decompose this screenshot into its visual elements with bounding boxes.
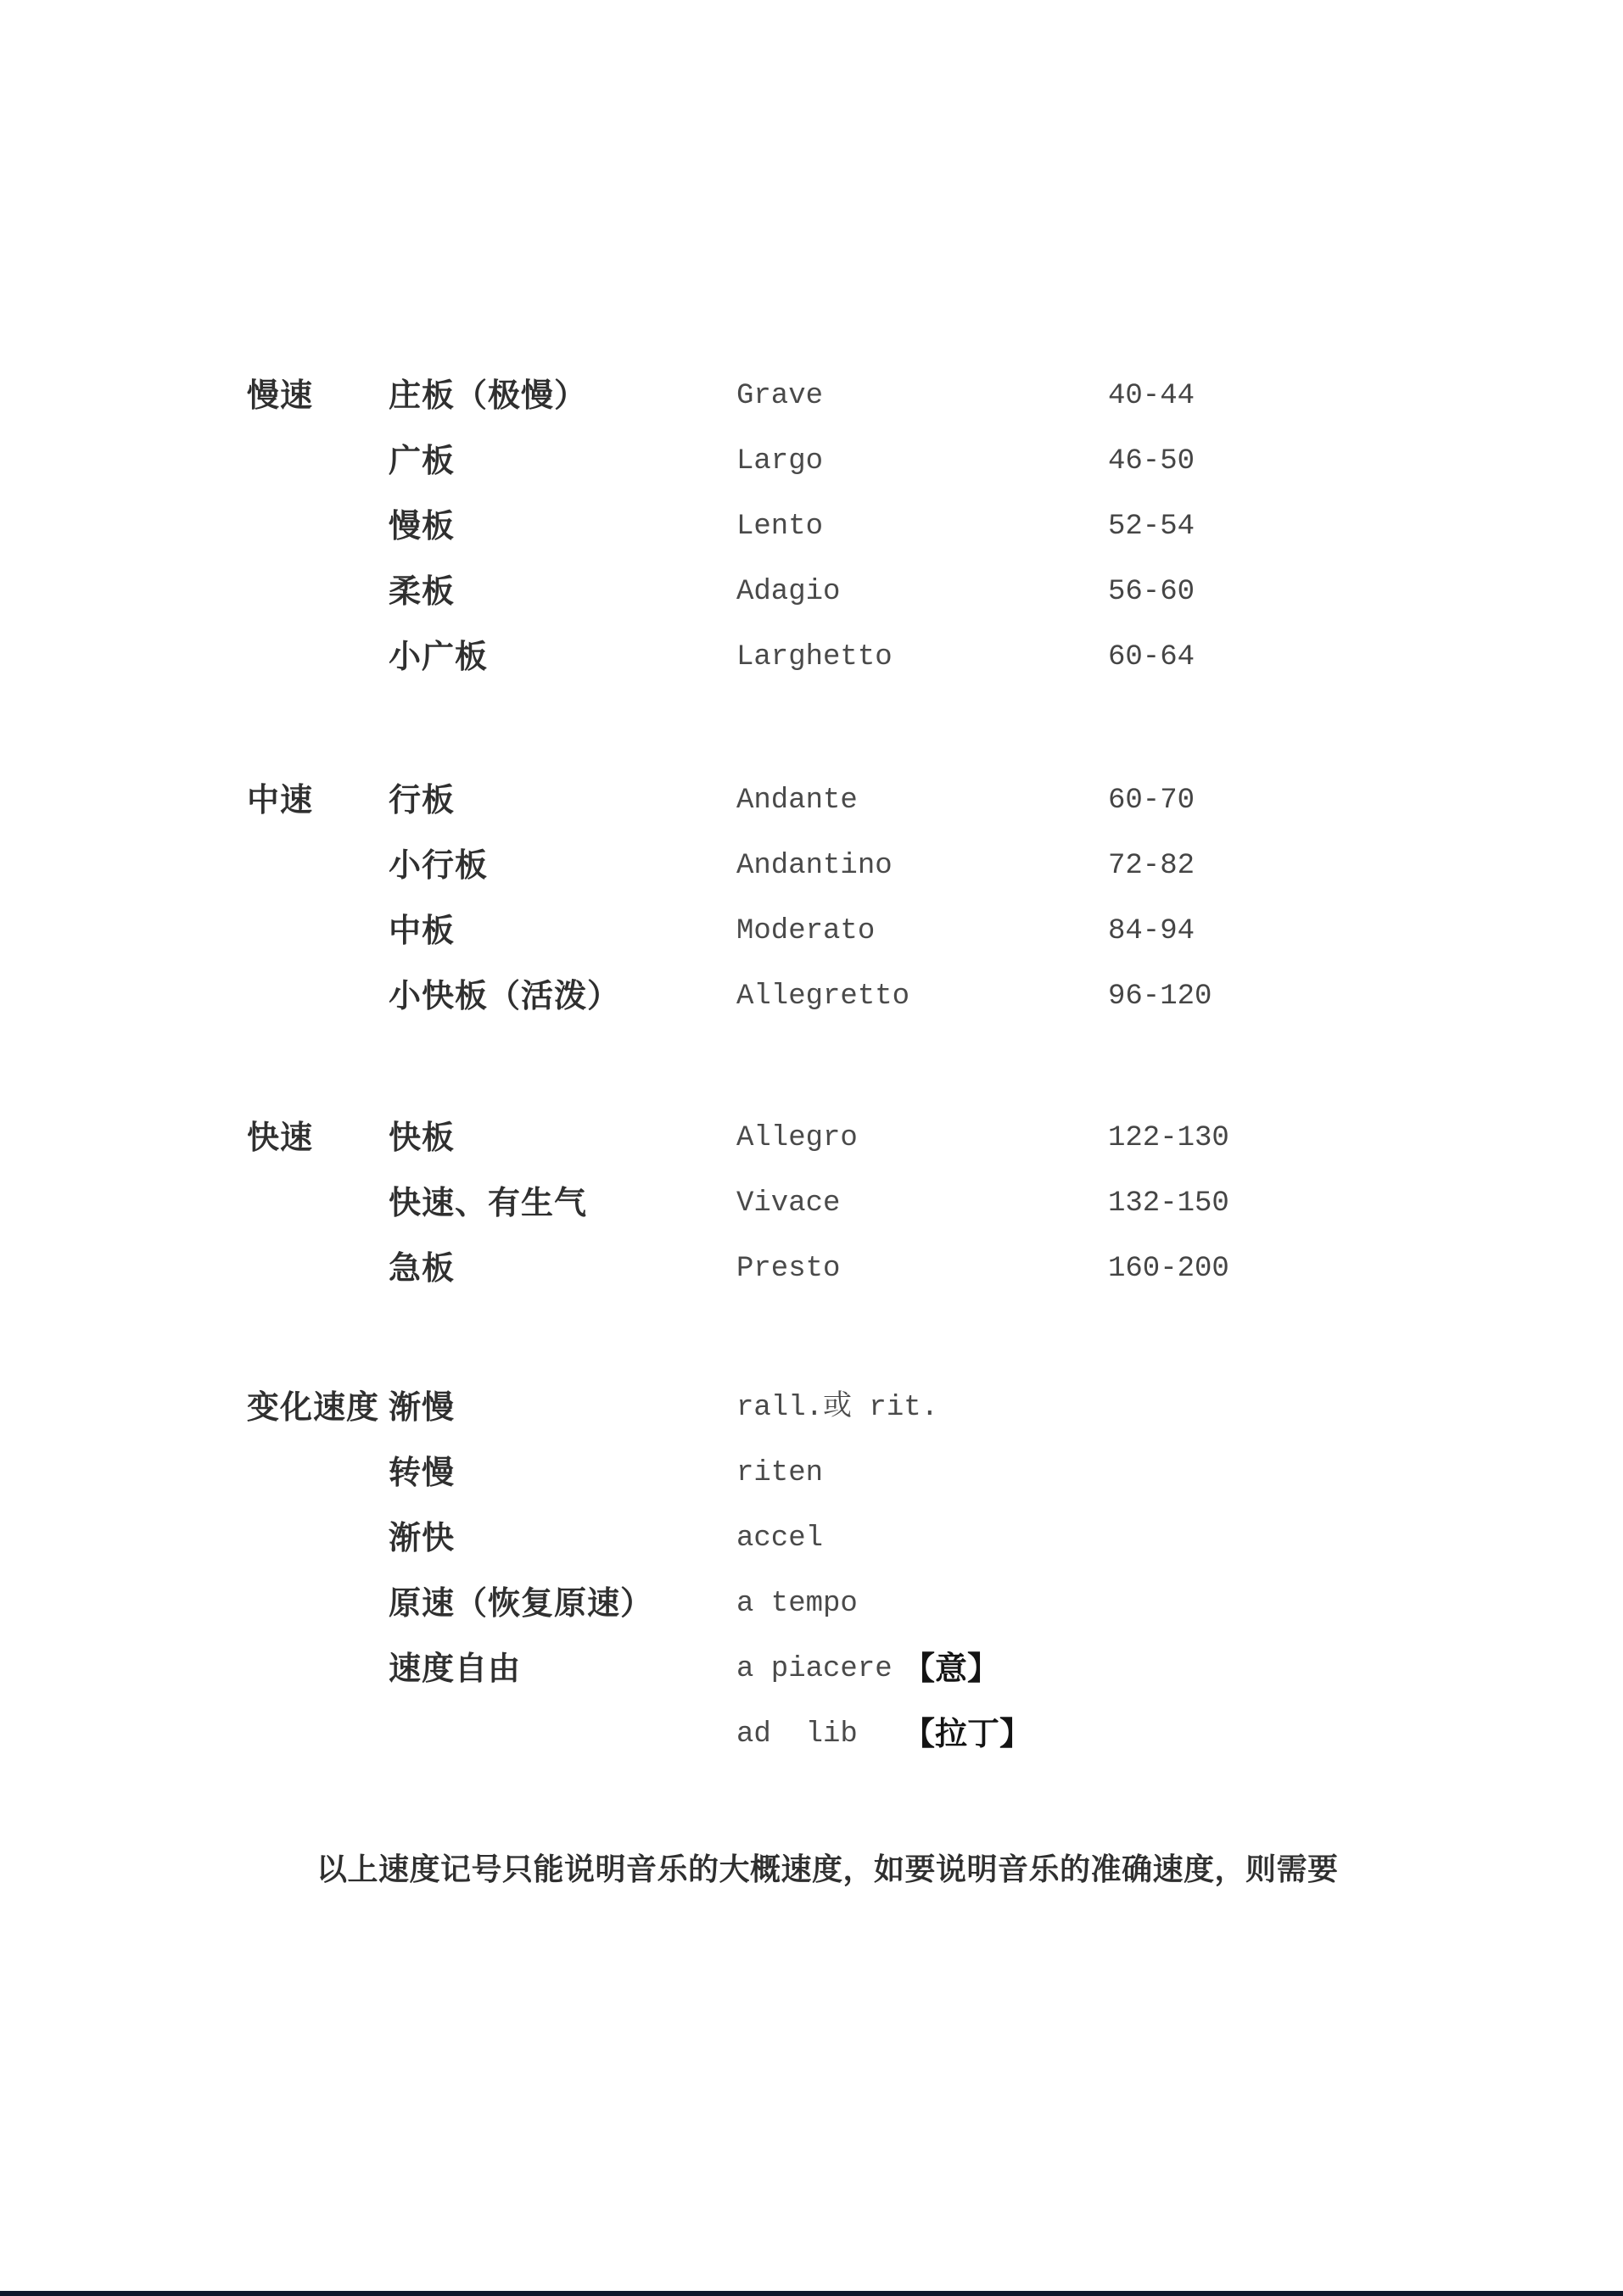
tempo-name-cell: 快板 (389, 1118, 455, 1159)
tempo-term-cell: Allegro (736, 1118, 858, 1159)
tempo-term-cell: rall.或 rit. (736, 1388, 938, 1428)
table-row: 中速 行板 Andante 60-70 (0, 780, 1623, 821)
table-row: 慢速 庄板（极慢） Grave 40-44 (0, 376, 1623, 416)
table-row: 速度自由 a piacere 【意】 (0, 1649, 1623, 1690)
table-row: 转慢 riten (0, 1453, 1623, 1494)
table-row: ad lib 【拉丁】 (0, 1714, 1623, 1755)
tempo-term-cell: Lento (736, 506, 823, 547)
tempo-term-cell: Allegretto (736, 976, 909, 1017)
table-row: 小快板（活泼） Allegretto 96-120 (0, 976, 1623, 1017)
section-label: 中速 (247, 780, 313, 821)
table-row: 广板 Largo 46-50 (0, 441, 1623, 482)
tempo-term-cell: Adagio (736, 572, 840, 612)
tempo-range-cell: 56-60 (1108, 572, 1195, 612)
tempo-name-cell: 快速、有生气 (389, 1183, 587, 1224)
tempo-range-cell: 160-200 (1108, 1249, 1229, 1289)
tempo-name-cell: 速度自由 (389, 1649, 521, 1690)
table-row: 快速 快板 Allegro 122-130 (0, 1118, 1623, 1159)
tempo-name-cell: 渐快 (389, 1518, 455, 1559)
table-row: 小广板 Larghetto 60-64 (0, 637, 1623, 678)
tempo-term-cell: Andantino (736, 846, 893, 886)
tempo-range-cell: 60-64 (1108, 637, 1195, 678)
tempo-name-cell: 柔板 (389, 572, 455, 612)
tempo-range-cell: 84-94 (1108, 911, 1195, 952)
tempo-range-cell: 96-120 (1108, 976, 1212, 1017)
language-tag: 【拉丁】 (903, 1714, 1032, 1755)
tempo-term-cell: Larghetto (736, 637, 893, 678)
section-label: 变化速度 (247, 1388, 379, 1428)
tempo-range-cell: 60-70 (1108, 780, 1195, 821)
document-page: 慢速 庄板（极慢） Grave 40-44 广板 Largo 46-50 慢板 … (0, 0, 1623, 2296)
tempo-range-cell: 122-130 (1108, 1118, 1229, 1159)
tempo-range-cell: 40-44 (1108, 376, 1195, 416)
table-row: 急板 Presto 160-200 (0, 1249, 1623, 1289)
tempo-range-cell: 46-50 (1108, 441, 1195, 482)
tempo-term-cell: riten (736, 1453, 823, 1494)
table-row: 柔板 Adagio 56-60 (0, 572, 1623, 612)
tempo-term-cell: a piacere (736, 1649, 893, 1690)
table-row: 变化速度 渐慢 rall.或 rit. (0, 1388, 1623, 1428)
table-row: 中板 Moderato 84-94 (0, 911, 1623, 952)
table-row: 慢板 Lento 52-54 (0, 506, 1623, 547)
tempo-name-cell: 庄板（极慢） (389, 376, 587, 416)
tempo-name-cell: 中板 (389, 911, 455, 952)
tempo-name-cell: 小广板 (389, 637, 488, 678)
tempo-range-cell: 132-150 (1108, 1183, 1229, 1224)
bottom-edge-bar (0, 2291, 1623, 2296)
tempo-term-cell: ad lib (736, 1714, 858, 1755)
tempo-name-cell: 慢板 (389, 506, 455, 547)
language-tag: 【意】 (903, 1649, 999, 1690)
tempo-term-cell: accel (736, 1518, 823, 1559)
tempo-name-cell: 渐慢 (389, 1388, 455, 1428)
tempo-term-cell: Grave (736, 376, 823, 416)
tempo-name-cell: 转慢 (389, 1453, 455, 1494)
tempo-term-cell: Vivace (736, 1183, 840, 1224)
table-row: 小行板 Andantino 72-82 (0, 846, 1623, 886)
footer-note: 以上速度记号只能说明音乐的大概速度，如要说明音乐的准确速度，则需要 (316, 1849, 1453, 1890)
table-row: 快速、有生气 Vivace 132-150 (0, 1183, 1623, 1224)
tempo-range-cell: 72-82 (1108, 846, 1195, 886)
section-label: 慢速 (247, 376, 313, 416)
tempo-name-cell: 原速（恢复原速） (389, 1584, 653, 1624)
tempo-name-cell: 急板 (389, 1249, 455, 1289)
tempo-name-cell: 广板 (389, 441, 455, 482)
tempo-name-cell: 行板 (389, 780, 455, 821)
section-label: 快速 (247, 1118, 313, 1159)
tempo-term-cell: a tempo (736, 1584, 858, 1624)
tempo-term-cell: Moderato (736, 911, 875, 952)
tempo-term-cell: Largo (736, 441, 823, 482)
tempo-range-cell: 52-54 (1108, 506, 1195, 547)
tempo-term-cell: Andante (736, 780, 858, 821)
tempo-term-cell: Presto (736, 1249, 840, 1289)
tempo-name-cell: 小行板 (389, 846, 488, 886)
tempo-name-cell: 小快板（活泼） (389, 976, 620, 1017)
table-row: 原速（恢复原速） a tempo (0, 1584, 1623, 1624)
table-row: 渐快 accel (0, 1518, 1623, 1559)
